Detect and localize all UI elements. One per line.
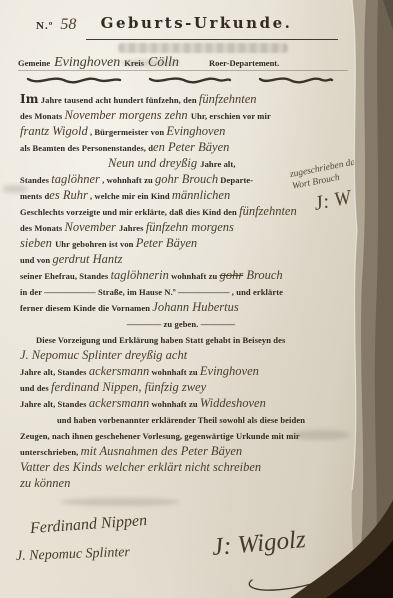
handwritten-text: gerdrut Hantz <box>52 252 122 266</box>
body-line: seiner Ehefrau, Standes taglöhnerin wohn… <box>20 267 342 283</box>
handwritten-text: Brouch <box>243 268 282 282</box>
handwritten-text: mit Ausnahmen des Peter Bäyen <box>81 444 243 458</box>
printed-text: in der —————— Straße, im Hause N.º —————… <box>20 287 283 297</box>
handwritten-text: taglöhner <box>51 172 100 186</box>
printed-text: des Monats <box>20 111 65 121</box>
printed-text: ferner diesem Kinde die Vornamen <box>20 303 152 313</box>
locality-fields: Gemeine Evinghoven Kreis Cölln Roer-Depa… <box>18 53 358 71</box>
commune-value-handwritten: Evinghoven <box>54 55 120 70</box>
scanned-birth-certificate: N.º 58 Geburts-Urkunde. Gemeine Evinghov… <box>0 0 393 598</box>
handwritten-text: taglöhnerin <box>111 268 169 282</box>
printed-text: Uhr, erschien vor mir <box>191 111 271 121</box>
body-line: und haben vorbenannter erklärender Theil… <box>20 411 342 427</box>
body-line: Geschlechts vorzeigte und mir erklärte, … <box>20 203 342 219</box>
printed-text: Jahre alt, Standes <box>20 367 89 377</box>
body-line: und des ferdinand Nippen, fünfzig zwey <box>20 379 342 395</box>
printed-text: des Monats <box>20 223 65 233</box>
handwritten-text: November morgens zehn <box>65 108 191 122</box>
printed-text: Diese Vorzeigung und Erklärung haben Sta… <box>36 335 285 345</box>
ink-bleed-smudge <box>118 43 288 53</box>
handwritten-text: ackersmann <box>89 396 149 410</box>
signature-nepomuc-splinter: J. Nepomuc Splinter <box>16 545 130 565</box>
kreis-label: Kreis <box>124 58 144 68</box>
body-line: zu können <box>20 475 342 491</box>
signature-mayor-wigolz: J: Wigolz <box>211 526 307 562</box>
body-line: ———— zu geben. ———— <box>20 315 342 331</box>
printed-text: , Bürgermeister von <box>88 127 167 137</box>
handwritten-text: fünfzehnten <box>239 204 297 218</box>
printed-text: Jahres <box>119 223 146 233</box>
printed-text: Im <box>20 92 39 106</box>
handwritten-text: November <box>65 220 120 234</box>
handwritten-text: Peter Bäyen <box>136 236 197 250</box>
flourish-swash <box>26 72 122 86</box>
handwritten-text: gohr <box>220 268 244 282</box>
printed-text: Uhr gebohren ist von <box>55 239 136 249</box>
body-line: als Beamten des Personenstandes, den Pet… <box>20 139 342 155</box>
body-line: Im Jahre tausend acht hundert fünfzehn, … <box>20 91 342 107</box>
handwritten-text: Johann Hubertus <box>152 300 238 314</box>
fields-baseline-rule <box>18 70 348 71</box>
body-line: des Monats November morgens zehn Uhr, er… <box>20 107 342 123</box>
signature-ferdinand-nippen: Ferdinand Nippen <box>30 512 148 538</box>
printed-text: wohnhaft zu <box>149 367 200 377</box>
printed-text: als Beamten des Personenstandes, d <box>20 143 153 153</box>
handwritten-text: Evinghoven <box>166 124 225 138</box>
handwritten-text: fünfzehnten <box>199 92 257 106</box>
printed-text: und des <box>20 383 51 393</box>
title-underline <box>86 39 338 40</box>
document-body: Im Jahre tausend acht hundert fünfzehn, … <box>20 91 342 491</box>
handwritten-text: Neun und dreyßig <box>108 156 200 170</box>
handwritten-text: ferdinand Nippen, fünfzig zwey <box>51 380 206 394</box>
printed-text: ———— zu geben. ———— <box>127 319 235 329</box>
printed-text: ments d <box>20 191 49 201</box>
handwritten-text: en Peter Bäyen <box>153 140 229 154</box>
ink-ghost <box>60 498 180 506</box>
printed-text: , welche mir ein Kind <box>88 191 172 201</box>
departement-label: Roer-Departement. <box>209 58 279 68</box>
handwritten-text: zu können <box>20 476 70 490</box>
handwritten-text: männlichen <box>172 188 230 202</box>
printed-text: unterschrieben, <box>20 447 81 457</box>
body-line: des Monats November Jahres fünfzehn morg… <box>20 219 342 235</box>
printed-text: Standes <box>20 175 51 185</box>
handwritten-text: frantz Wigold <box>20 124 88 138</box>
flourish-swash <box>148 72 232 86</box>
commune-label: Gemeine <box>18 58 50 68</box>
signature-flourish <box>230 560 360 594</box>
flourish-row <box>26 72 356 86</box>
handwritten-text: Vatter des Kinds welcher erklärt nicht s… <box>20 460 261 474</box>
body-line: frantz Wigold , Bürgermeister von Evingh… <box>20 123 342 139</box>
flourish-swash <box>258 72 334 86</box>
body-line: unterschrieben, mit Ausnahmen des Peter … <box>20 443 342 459</box>
handwritten-text: gohr Brouch <box>155 172 218 186</box>
handwritten-text: es Ruhr <box>49 188 88 202</box>
body-line: Diese Vorzeigung und Erklärung haben Sta… <box>20 331 342 347</box>
printed-text: Jahre alt, Standes <box>20 399 89 409</box>
body-line: ferner diesem Kinde die Vornamen Johann … <box>20 299 342 315</box>
printed-text: und von <box>20 255 52 265</box>
printed-text: , wohnhaft zu <box>100 175 155 185</box>
page-title: Geburts-Urkunde. <box>0 14 393 32</box>
kreis-value-handwritten: Cölln <box>148 55 179 70</box>
body-line: J. Nepomuc Splinter dreyßig acht <box>20 347 342 363</box>
body-line: Jahre alt, Standes ackersmann wohnhaft z… <box>20 395 342 411</box>
body-line: Jahre alt, Standes ackersmann wohnhaft z… <box>20 363 342 379</box>
printed-text: wohnhaft zu <box>149 399 200 409</box>
handwritten-text: fünfzehn morgens <box>146 220 234 234</box>
handwritten-text: J. Nepomuc Splinter dreyßig acht <box>20 348 187 362</box>
handwritten-text: Widdeshoven <box>200 396 266 410</box>
printed-text: Jahre alt, <box>200 159 235 169</box>
handwritten-text: Evinghoven <box>200 364 259 378</box>
printed-text: seiner Ehefrau, Standes <box>20 271 111 281</box>
body-line: und von gerdrut Hantz <box>20 251 342 267</box>
printed-text: Zeugen, nach ihnen geschehener Vorlesung… <box>20 431 300 441</box>
printed-text: Geschlechts vorzeigte und mir erklärte, … <box>20 207 239 217</box>
printed-text: Jahre tausend acht hundert fünfzehn, den <box>39 95 199 105</box>
printed-text: und haben vorbenannter erklärender Theil… <box>57 415 305 425</box>
body-line: Vatter des Kinds welcher erklärt nicht s… <box>20 459 342 475</box>
handwritten-text: ackersmann <box>89 364 149 378</box>
printed-text: Departe- <box>218 175 253 185</box>
handwritten-text: sieben <box>20 236 55 250</box>
body-line: in der —————— Straße, im Hause N.º —————… <box>20 283 342 299</box>
body-line: Zeugen, nach ihnen geschehener Vorlesung… <box>20 427 342 443</box>
body-line: sieben Uhr gebohren ist von Peter Bäyen <box>20 235 342 251</box>
printed-text: wohnhaft zu <box>169 271 220 281</box>
